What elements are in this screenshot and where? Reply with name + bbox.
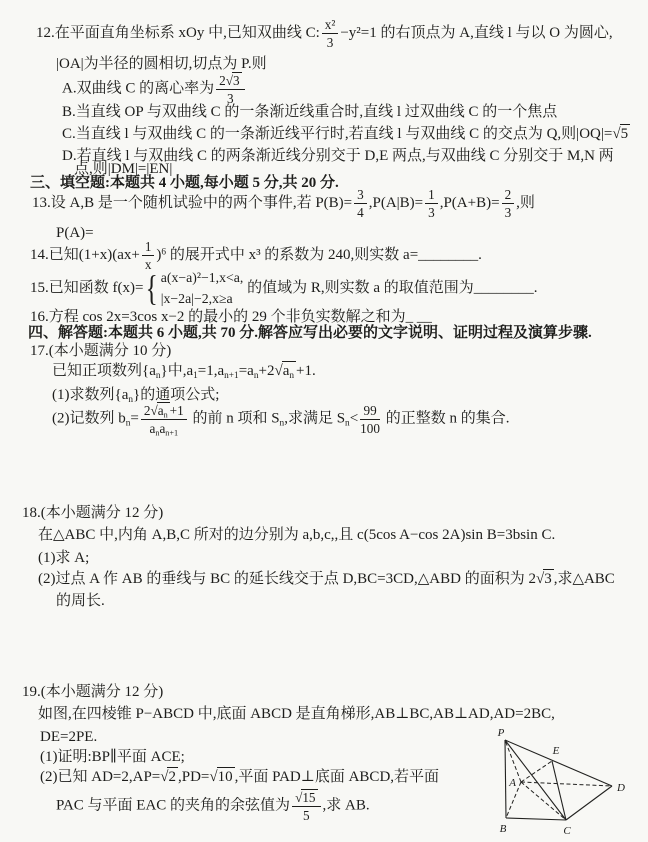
q12-option-b: B.当直线 OP 与双曲线 C 的一条渐近线重合时,直线 l 过双曲线 C 的一… — [62, 103, 557, 123]
q19-line-3: DE=2PE. — [40, 728, 97, 748]
q19-line-4: (1)证明:BP∥平面 ACE; — [40, 748, 185, 768]
section-4-header: 四、解答题:本题共 6 小题,共 70 分.解答应写出必要的文字说明、证明过程及… — [28, 324, 592, 344]
q18-line-1: 18.(本小题满分 12 分) — [22, 504, 163, 524]
q19-line-5: (2)已知 AD=2,AP=√2,PD=√10,平面 PAD⊥底面 ABCD,若… — [40, 767, 439, 788]
figure-label-D: D — [616, 782, 625, 794]
figure-label-P: P — [497, 727, 505, 739]
q18-line-5: 的周长. — [56, 592, 105, 612]
exam-page: 12.在平面直角坐标系 xOy 中,已知双曲线 C:x²3−y²=1 的右顶点为… — [0, 0, 648, 842]
q13-line-1: 13.设 A,B 是一个随机试验中的两个事件,若 P(B)=34,P(A|B)=… — [32, 187, 535, 220]
figure-label-B: B — [500, 823, 507, 835]
figure-label-A: A — [508, 777, 516, 789]
q15-line-1: 15.已知函数 f(x)={a(x−a)²−1,x<a,|x−2a|−2,x≥a… — [30, 268, 538, 309]
q19-line-2: 如图,在四棱锥 P−ABCD 中,底面 ABCD 是直角梯形,AB⊥BC,AB⊥… — [38, 705, 555, 725]
figure-label-C: C — [563, 825, 571, 837]
q17-line-2: 已知正项数列{an}中,a1=1,an+1=an+2√an+1. — [52, 361, 316, 382]
q17-line-4: (2)记数列 bn=2√an+1anan+1 的前 n 项和 Sn,求满足 Sn… — [52, 402, 509, 436]
q18-line-3: (1)求 A; — [38, 549, 89, 569]
q12-line-1: 12.在平面直角坐标系 xOy 中,已知双曲线 C:x²3−y²=1 的右顶点为… — [36, 17, 613, 50]
pyramid-figure: P E A D B C — [478, 724, 638, 838]
q18-line-2: 在△ABC 中,内角 A,B,C 所对的边分别为 a,b,c,,且 c(5cos… — [38, 526, 555, 546]
q17-line-1: 17.(本小题满分 10 分) — [30, 342, 171, 362]
figure-label-E: E — [552, 745, 560, 757]
q18-line-4: (2)过点 A 作 AB 的垂线与 BC 的延长线交于点 D,BC=3CD,△A… — [38, 569, 615, 590]
q19-line-6: PAC 与平面 EAC 的夹角的余弦值为√155,求 AB. — [56, 789, 370, 823]
q12-option-c: C.当直线 l 与双曲线 C 的一条渐近线平行时,若直线 l 与双曲线 C 的交… — [62, 124, 630, 145]
q12-option-a: A.双曲线 C 的离心率为2√33 — [62, 72, 247, 106]
q19-line-1: 19.(本小题满分 12 分) — [22, 683, 163, 703]
